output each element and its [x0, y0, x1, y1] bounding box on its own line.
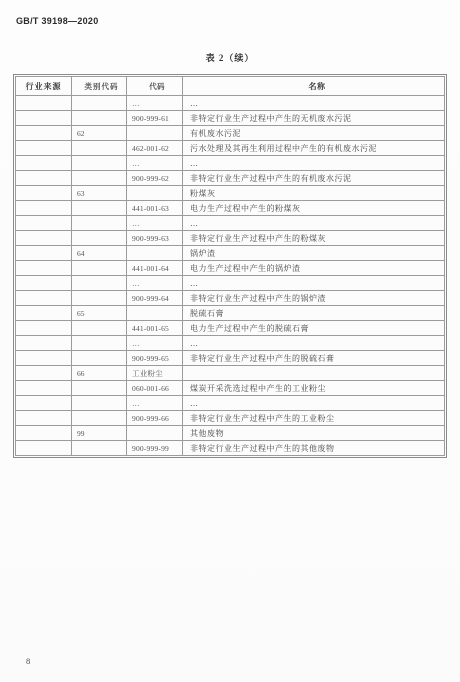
- table-row: 462-001-62污水处理及其再生利用过程中产生的有机废水污泥: [16, 141, 445, 156]
- cell-category: [72, 321, 127, 336]
- cell-industry: [16, 156, 72, 171]
- table-row: 900-999-66非特定行业生产过程中产生的工业粉尘: [16, 411, 445, 426]
- cell-code: …: [127, 276, 183, 291]
- table-row: 900-999-61非特定行业生产过程中产生的无机废水污泥: [16, 111, 445, 126]
- cell-category: 62: [72, 126, 127, 141]
- cell-industry: [16, 276, 72, 291]
- table-row: 900-999-64非特定行业生产过程中产生的锅炉渣: [16, 291, 445, 306]
- cell-code: …: [127, 96, 183, 111]
- cell-industry: [16, 141, 72, 156]
- cell-industry: [16, 171, 72, 186]
- table-row: 65脱硫石膏: [16, 306, 445, 321]
- column-header-name: 名称: [183, 77, 445, 96]
- table-row: 900-999-62非特定行业生产过程中产生的有机废水污泥: [16, 171, 445, 186]
- cell-category: [72, 276, 127, 291]
- document-page: GB/T 39198—2020 表 2（续） 行业来源 类别代码 代码 名称 ……: [0, 0, 460, 682]
- cell-category: [72, 201, 127, 216]
- cell-code: 441-001-65: [127, 321, 183, 336]
- cell-industry: [16, 261, 72, 276]
- cell-name: …: [183, 156, 445, 171]
- cell-code: 441-001-64: [127, 261, 183, 276]
- cell-industry: [16, 321, 72, 336]
- cell-industry: [16, 396, 72, 411]
- cell-industry: [16, 306, 72, 321]
- cell-industry: [16, 366, 72, 381]
- table-header: 行业来源 类别代码 代码 名称: [16, 77, 445, 96]
- cell-name: 非特定行业生产过程中产生的工业粉尘: [183, 411, 445, 426]
- cell-industry: [16, 231, 72, 246]
- cell-category: [72, 396, 127, 411]
- cell-code: 900-999-62: [127, 171, 183, 186]
- cell-category: [72, 381, 127, 396]
- cell-code: …: [127, 396, 183, 411]
- cell-name: 非特定行业生产过程中产生的锅炉渣: [183, 291, 445, 306]
- table-row: ……: [16, 336, 445, 351]
- cell-code: 900-999-61: [127, 111, 183, 126]
- column-header-industry-source: 行业来源: [16, 77, 72, 96]
- cell-category: [72, 96, 127, 111]
- cell-category: [72, 411, 127, 426]
- cell-name: 污水处理及其再生利用过程中产生的有机废水污泥: [183, 141, 445, 156]
- cell-name: 非特定行业生产过程中产生的有机废水污泥: [183, 171, 445, 186]
- cell-name: …: [183, 96, 445, 111]
- waste-code-table: 行业来源 类别代码 代码 名称 ……900-999-61非特定行业生产过程中产生…: [15, 76, 445, 456]
- cell-code: [127, 246, 183, 261]
- cell-category: 66: [72, 366, 127, 381]
- cell-code: [127, 426, 183, 441]
- table-header-row: 行业来源 类别代码 代码 名称: [16, 77, 445, 96]
- cell-category: [72, 141, 127, 156]
- table-row: 99其他废物: [16, 426, 445, 441]
- cell-category: [72, 291, 127, 306]
- table-row: 900-999-65非特定行业生产过程中产生的脱硫石膏: [16, 351, 445, 366]
- cell-name: …: [183, 216, 445, 231]
- cell-code: 900-999-99: [127, 441, 183, 456]
- waste-code-table-frame: 行业来源 类别代码 代码 名称 ……900-999-61非特定行业生产过程中产生…: [13, 74, 447, 458]
- page-number: 8: [26, 656, 30, 666]
- cell-name: 锅炉渣: [183, 246, 445, 261]
- cell-name: 脱硫石膏: [183, 306, 445, 321]
- standard-doc-number: GB/T 39198—2020: [16, 16, 99, 26]
- table-row: ……: [16, 216, 445, 231]
- cell-industry: [16, 336, 72, 351]
- cell-category: 64: [72, 246, 127, 261]
- cell-industry: [16, 441, 72, 456]
- cell-name: 粉煤灰: [183, 186, 445, 201]
- cell-category: [72, 171, 127, 186]
- column-header-code: 代码: [127, 77, 183, 96]
- cell-code: [127, 306, 183, 321]
- cell-code: 900-999-64: [127, 291, 183, 306]
- table-row: 441-001-63电力生产过程中产生的粉煤灰: [16, 201, 445, 216]
- table-row: 060-001-66煤炭开采洗选过程中产生的工业粉尘: [16, 381, 445, 396]
- cell-name: [183, 366, 445, 381]
- cell-category: [72, 336, 127, 351]
- cell-code: 900-999-65: [127, 351, 183, 366]
- cell-category: [72, 156, 127, 171]
- table-row: ……: [16, 276, 445, 291]
- cell-industry: [16, 186, 72, 201]
- cell-category: [72, 111, 127, 126]
- cell-name: 电力生产过程中产生的脱硫石膏: [183, 321, 445, 336]
- table-row: 900-999-99非特定行业生产过程中产生的其他废物: [16, 441, 445, 456]
- cell-industry: [16, 381, 72, 396]
- cell-name: 煤炭开采洗选过程中产生的工业粉尘: [183, 381, 445, 396]
- column-header-category-code: 类别代码: [72, 77, 127, 96]
- cell-name: 非特定行业生产过程中产生的脱硫石膏: [183, 351, 445, 366]
- table-row: 62有机废水污泥: [16, 126, 445, 141]
- cell-code: 060-001-66: [127, 381, 183, 396]
- cell-category: [72, 441, 127, 456]
- cell-category: [72, 231, 127, 246]
- table-row: ……: [16, 396, 445, 411]
- cell-code: 462-001-62: [127, 141, 183, 156]
- cell-industry: [16, 96, 72, 111]
- cell-name: 非特定行业生产过程中产生的其他废物: [183, 441, 445, 456]
- cell-name: …: [183, 276, 445, 291]
- cell-industry: [16, 351, 72, 366]
- cell-category: [72, 261, 127, 276]
- cell-name: 其他废物: [183, 426, 445, 441]
- table-row: 441-001-64电力生产过程中产生的锅炉渣: [16, 261, 445, 276]
- cell-name: 电力生产过程中产生的锅炉渣: [183, 261, 445, 276]
- cell-code: 工业粉尘: [127, 366, 183, 381]
- cell-category: 63: [72, 186, 127, 201]
- cell-industry: [16, 111, 72, 126]
- cell-code: [127, 126, 183, 141]
- cell-code: [127, 186, 183, 201]
- table-title: 表 2（续）: [0, 51, 460, 64]
- cell-name: 非特定行业生产过程中产生的无机废水污泥: [183, 111, 445, 126]
- table-row: 63粉煤灰: [16, 186, 445, 201]
- cell-industry: [16, 411, 72, 426]
- cell-industry: [16, 291, 72, 306]
- table-row: ……: [16, 96, 445, 111]
- cell-name: …: [183, 396, 445, 411]
- table-row: 441-001-65电力生产过程中产生的脱硫石膏: [16, 321, 445, 336]
- cell-name: 电力生产过程中产生的粉煤灰: [183, 201, 445, 216]
- cell-name: …: [183, 336, 445, 351]
- cell-code: …: [127, 336, 183, 351]
- cell-name: 有机废水污泥: [183, 126, 445, 141]
- table-row: 900-999-63非特定行业生产过程中产生的粉煤灰: [16, 231, 445, 246]
- cell-category: [72, 216, 127, 231]
- cell-code: 441-001-63: [127, 201, 183, 216]
- cell-industry: [16, 246, 72, 261]
- cell-category: 65: [72, 306, 127, 321]
- cell-code: …: [127, 156, 183, 171]
- cell-industry: [16, 201, 72, 216]
- cell-industry: [16, 426, 72, 441]
- cell-industry: [16, 216, 72, 231]
- table-row: ……: [16, 156, 445, 171]
- cell-code: 900-999-66: [127, 411, 183, 426]
- cell-code: …: [127, 216, 183, 231]
- cell-category: 99: [72, 426, 127, 441]
- table-row: 64锅炉渣: [16, 246, 445, 261]
- waste-table-body: ……900-999-61非特定行业生产过程中产生的无机废水污泥62有机废水污泥4…: [16, 96, 445, 456]
- cell-name: 非特定行业生产过程中产生的粉煤灰: [183, 231, 445, 246]
- cell-industry: [16, 126, 72, 141]
- table-row: 66工业粉尘: [16, 366, 445, 381]
- cell-category: [72, 351, 127, 366]
- cell-code: 900-999-63: [127, 231, 183, 246]
